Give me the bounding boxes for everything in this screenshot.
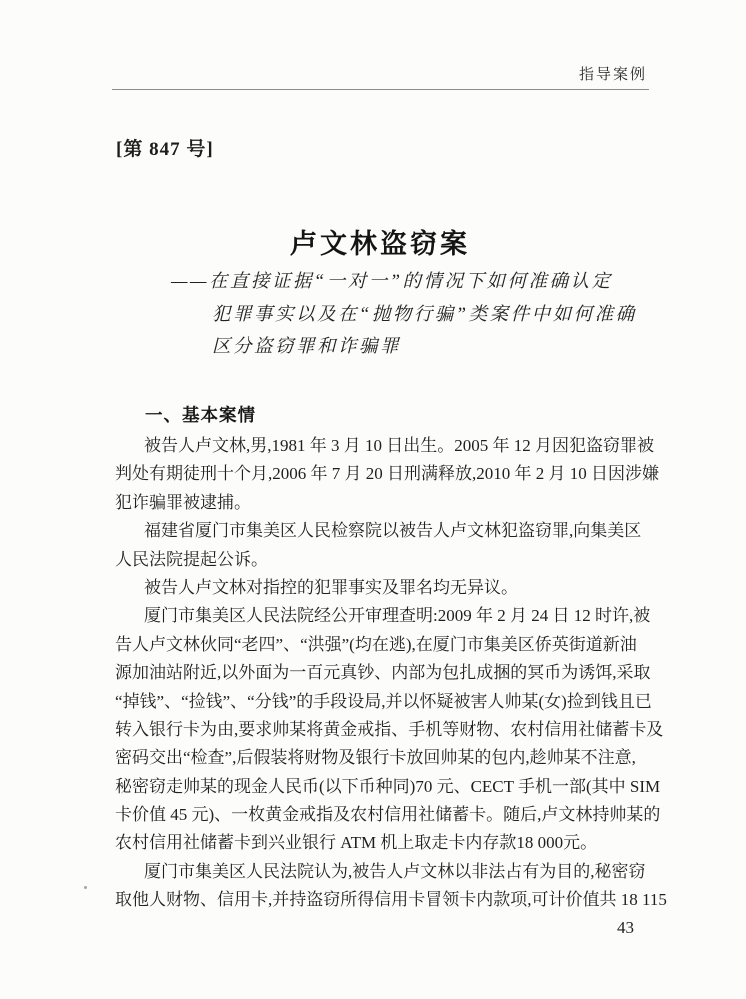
body-line: 被告人卢文林,男,1981 年 3 月 10 日出生。2005 年 12 月因犯… (115, 432, 649, 460)
body-line: 秘密窃走帅某的现金人民币(以下币种同)70 元、CECT 手机一部(其中 SIM (115, 773, 649, 801)
header-rule (112, 89, 649, 90)
case-number-label: [第 847 号] (116, 134, 214, 161)
body-line: 被告人卢文林对指控的犯罪事实及罪名均无异议。 (115, 574, 649, 602)
page-number: 43 (617, 918, 634, 938)
scanned-document-page: 指导案例 [第 847 号] 卢文林盗窃案 ——在直接证据“一对一”的情况下如何… (0, 0, 746, 999)
body-line: 密码交出“检查”,后假装将财物及银行卡放回帅某的包内,趁帅某不注意, (115, 744, 649, 772)
case-subtitle-line-2: 犯罪事实以及在“抛物行骗”类案件中如何准确 (212, 299, 637, 332)
body-line: 厦门市集美区人民法院认为,被告人卢文林以非法占有为目的,秘密窃 (115, 858, 649, 886)
body-line: 源加油站附近,以外面为一百元真钞、内部为包扎成捆的冥币为诱饵,采取 (115, 659, 649, 687)
running-header: 指导案例 (579, 63, 647, 84)
body-text-block: 被告人卢文林,男,1981 年 3 月 10 日出生。2005 年 12 月因犯… (115, 432, 649, 915)
body-line: 告人卢文林伙同“老四”、“洪强”(均在逃),在厦门市集美区侨英街道新油 (115, 631, 649, 659)
body-line: 取他人财物、信用卡,并持盗窃所得信用卡冒领卡内款项,可计价值共 18 115 (115, 886, 649, 914)
body-line: 人民法院提起公诉。 (115, 546, 649, 574)
case-subtitle: ——在直接证据“一对一”的情况下如何准确认定 犯罪事实以及在“抛物行骗”类案件中… (171, 266, 637, 364)
body-line: 厦门市集美区人民法院经公开审理查明:2009 年 2 月 24 日 12 时许,… (115, 602, 649, 630)
case-subtitle-line-3: 区分盗窃罪和诈骗罪 (212, 331, 637, 364)
section-heading-basic-facts: 一、基本案情 (145, 402, 256, 427)
body-line: 犯诈骗罪被逮捕。 (115, 489, 649, 517)
case-title: 卢文林盗窃案 (115, 222, 645, 261)
body-line: 判处有期徒刑十个月,2006 年 7 月 20 日刑满释放,2010 年 2 月… (115, 460, 649, 488)
body-line: 农村信用社储蓄卡到兴业银行 ATM 机上取走卡内存款18 000元。 (115, 829, 649, 857)
body-line: “掉钱”、“捡钱”、“分钱”的手段设局,并以怀疑被害人帅某(女)捡到钱且已 (115, 688, 649, 716)
scan-artifact-dot (84, 886, 87, 889)
body-line: 转入银行卡为由,要求帅某将黄金戒指、手机等财物、农村信用社储蓄卡及 (115, 716, 649, 744)
body-line: 卡价值 45 元)、一枚黄金戒指及农村信用社储蓄卡。随后,卢文林持帅某的 (115, 801, 649, 829)
body-line: 福建省厦门市集美区人民检察院以被告人卢文林犯盗窃罪,向集美区 (115, 517, 649, 545)
case-subtitle-line-1: ——在直接证据“一对一”的情况下如何准确认定 (171, 266, 637, 299)
